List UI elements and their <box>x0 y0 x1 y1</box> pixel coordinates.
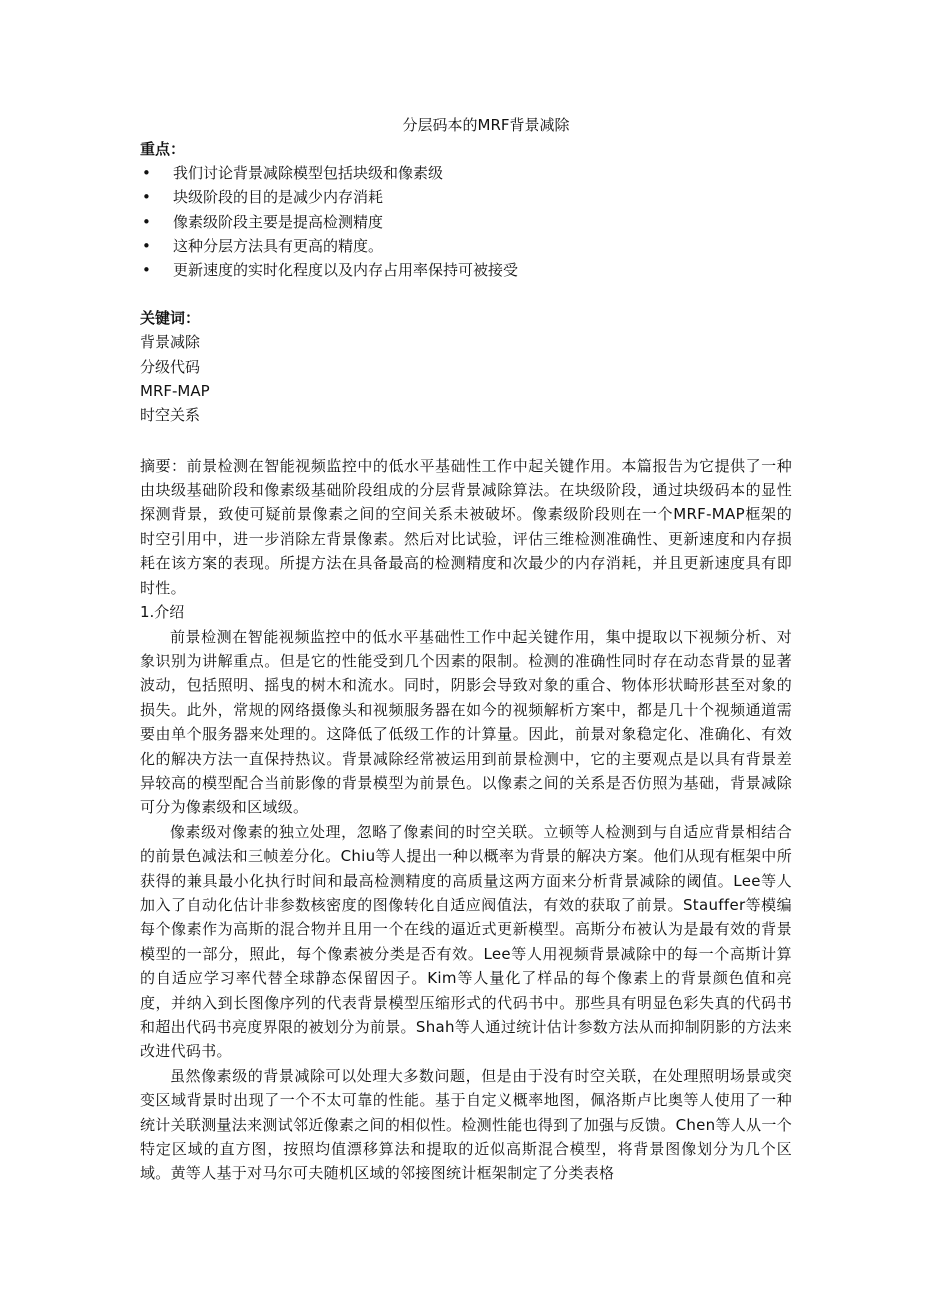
keyword-item: MRF-MAP <box>140 379 792 403</box>
bullet-icon: • <box>142 161 151 185</box>
bullet-icon: • <box>142 210 151 234</box>
keywords-label: 关键词： <box>140 306 792 330</box>
document-page: 分层码本的MRF背景减除 重点： •我们讨论背景减除模型包括块级和像素级 •块级… <box>140 113 792 1186</box>
bullet-icon: • <box>142 234 151 258</box>
highlight-item: •我们讨论背景减除模型包括块级和像素级 <box>140 161 792 185</box>
highlights-list: •我们讨论背景减除模型包括块级和像素级 •块级阶段的目的是减少内存消耗 •像素级… <box>140 161 792 282</box>
keyword-item: 背景减除 <box>140 330 792 354</box>
bullet-icon: • <box>142 258 151 282</box>
highlight-item: •更新速度的实时化程度以及内存占用率保持可被接受 <box>140 258 792 282</box>
keyword-item: 时空关系 <box>140 403 792 427</box>
body-paragraph: 像素级对像素的独立处理，忽略了像素间的时空关联。立顿等人检测到与自适应背景相结合… <box>140 820 792 1064</box>
highlight-item: •块级阶段的目的是减少内存消耗 <box>140 185 792 209</box>
document-title: 分层码本的MRF背景减除 <box>180 113 792 137</box>
keyword-item: 分级代码 <box>140 355 792 379</box>
highlights-label: 重点： <box>140 137 792 161</box>
spacer <box>140 428 792 454</box>
abstract-paragraph: 摘要：前景检测在智能视频监控中的低水平基础性工作中起关键作用。本篇报告为它提供了… <box>140 454 792 600</box>
body-paragraph: 前景检测在智能视频监控中的低水平基础性工作中起关键作用，集中提取以下视频分析、对… <box>140 625 792 820</box>
bullet-icon: • <box>142 185 151 209</box>
section-heading: 1.介绍 <box>140 600 792 624</box>
spacer <box>140 282 792 306</box>
highlight-item: •像素级阶段主要是提高检测精度 <box>140 210 792 234</box>
highlight-item: •这种分层方法具有更高的精度。 <box>140 234 792 258</box>
body-paragraph: 虽然像素级的背景减除可以处理大多数问题，但是由于没有时空关联，在处理照明场景或突… <box>140 1064 792 1186</box>
